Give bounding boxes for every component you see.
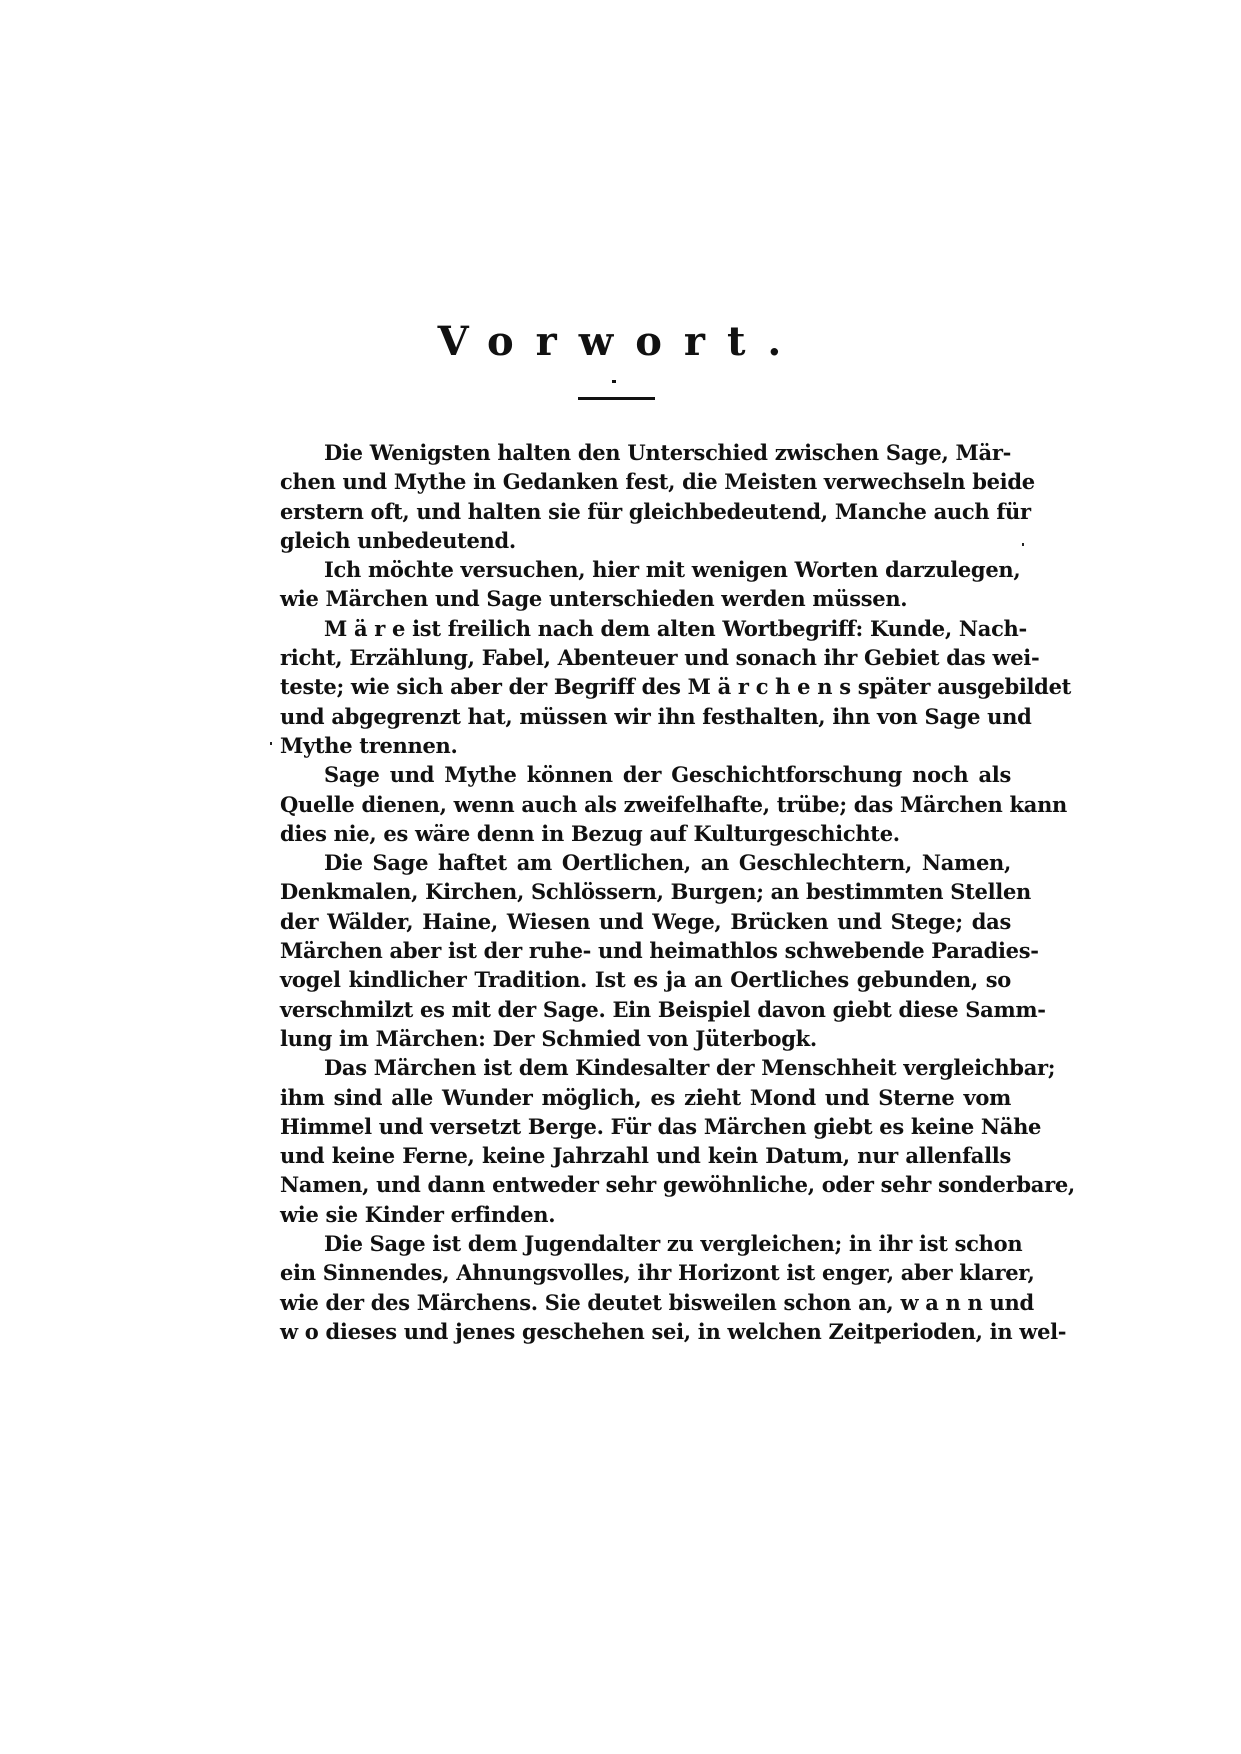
text-line: Namen, und dann entweder sehr gewöhnlich…: [280, 1170, 1011, 1199]
text-line: Ich möchte versuchen, hier mit wenigen W…: [280, 555, 1011, 584]
text-line: und abgegrenzt hat, müssen wir ihn festh…: [280, 702, 1011, 731]
text-line: ein Sinnendes, Ahnungsvolles, ihr Horizo…: [280, 1258, 1011, 1287]
text-line: richt, Erzählung, Fabel, Abenteuer und s…: [280, 643, 1011, 672]
text-line: dies nie, es wäre denn in Bezug auf Kult…: [280, 819, 1011, 848]
text-line: Quelle dienen, wenn auch als zweifelhaft…: [280, 790, 1011, 819]
text-line: wie Märchen und Sage unterschieden werde…: [280, 584, 1011, 613]
page-title: Vorwort.: [0, 312, 1241, 372]
text-line: M ä r e ist freilich nach dem alten Wort…: [280, 614, 1011, 643]
text-line: Denkmalen, Kirchen, Schlössern, Burgen; …: [280, 877, 1011, 906]
text-line: gleich unbedeutend.: [280, 526, 1011, 555]
text-line: ihm sind alle Wunder möglich, es zieht M…: [280, 1083, 1011, 1112]
scan-speck: [270, 742, 272, 745]
text-line: wie der des Märchens. Sie deutet bisweil…: [280, 1288, 1011, 1317]
text-line: erstern oft, und halten sie für gleichbe…: [280, 497, 1011, 526]
text-line: Die Wenigsten halten den Unterschied zwi…: [280, 438, 1011, 467]
title-rule: [578, 397, 655, 400]
text-line: wie sie Kinder erfinden.: [280, 1200, 1011, 1229]
text-line: Die Sage ist dem Jugendalter zu vergleic…: [280, 1229, 1011, 1258]
text-line: verschmilzt es mit der Sage. Ein Beispie…: [280, 995, 1011, 1024]
text-line: w o dieses und jenes geschehen sei, in w…: [280, 1317, 1011, 1346]
text-line: Das Märchen ist dem Kindesalter der Mens…: [280, 1053, 1011, 1082]
ornament-dot: [612, 380, 616, 383]
text-line: vogel kindlicher Tradition. Ist es ja an…: [280, 965, 1011, 994]
text-line: Himmel und versetzt Berge. Für das Märch…: [280, 1112, 1011, 1141]
text-line: Mythe trennen.: [280, 731, 1011, 760]
text-line: teste; wie sich aber der Begriff des M ä…: [280, 672, 1011, 701]
text-line: und keine Ferne, keine Jahrzahl und kein…: [280, 1141, 1011, 1170]
text-line: chen und Mythe in Gedanken fest, die Mei…: [280, 467, 1011, 496]
text-line: der Wälder, Haine, Wiesen und Wege, Brüc…: [280, 907, 1011, 936]
body-text: Die Wenigsten halten den Unterschied zwi…: [280, 438, 1011, 1346]
text-line: Die Sage haftet am Oertlichen, an Geschl…: [280, 848, 1011, 877]
text-line: Märchen aber ist der ruhe- und heimathlo…: [280, 936, 1011, 965]
scan-speck: [1022, 543, 1024, 546]
scanned-page: Vorwort. Die Wenigsten halten den Unters…: [0, 0, 1241, 1754]
text-line: Sage und Mythe können der Geschichtforsc…: [280, 760, 1011, 789]
text-line: lung im Märchen: Der Schmied von Jüterbo…: [280, 1024, 1011, 1053]
